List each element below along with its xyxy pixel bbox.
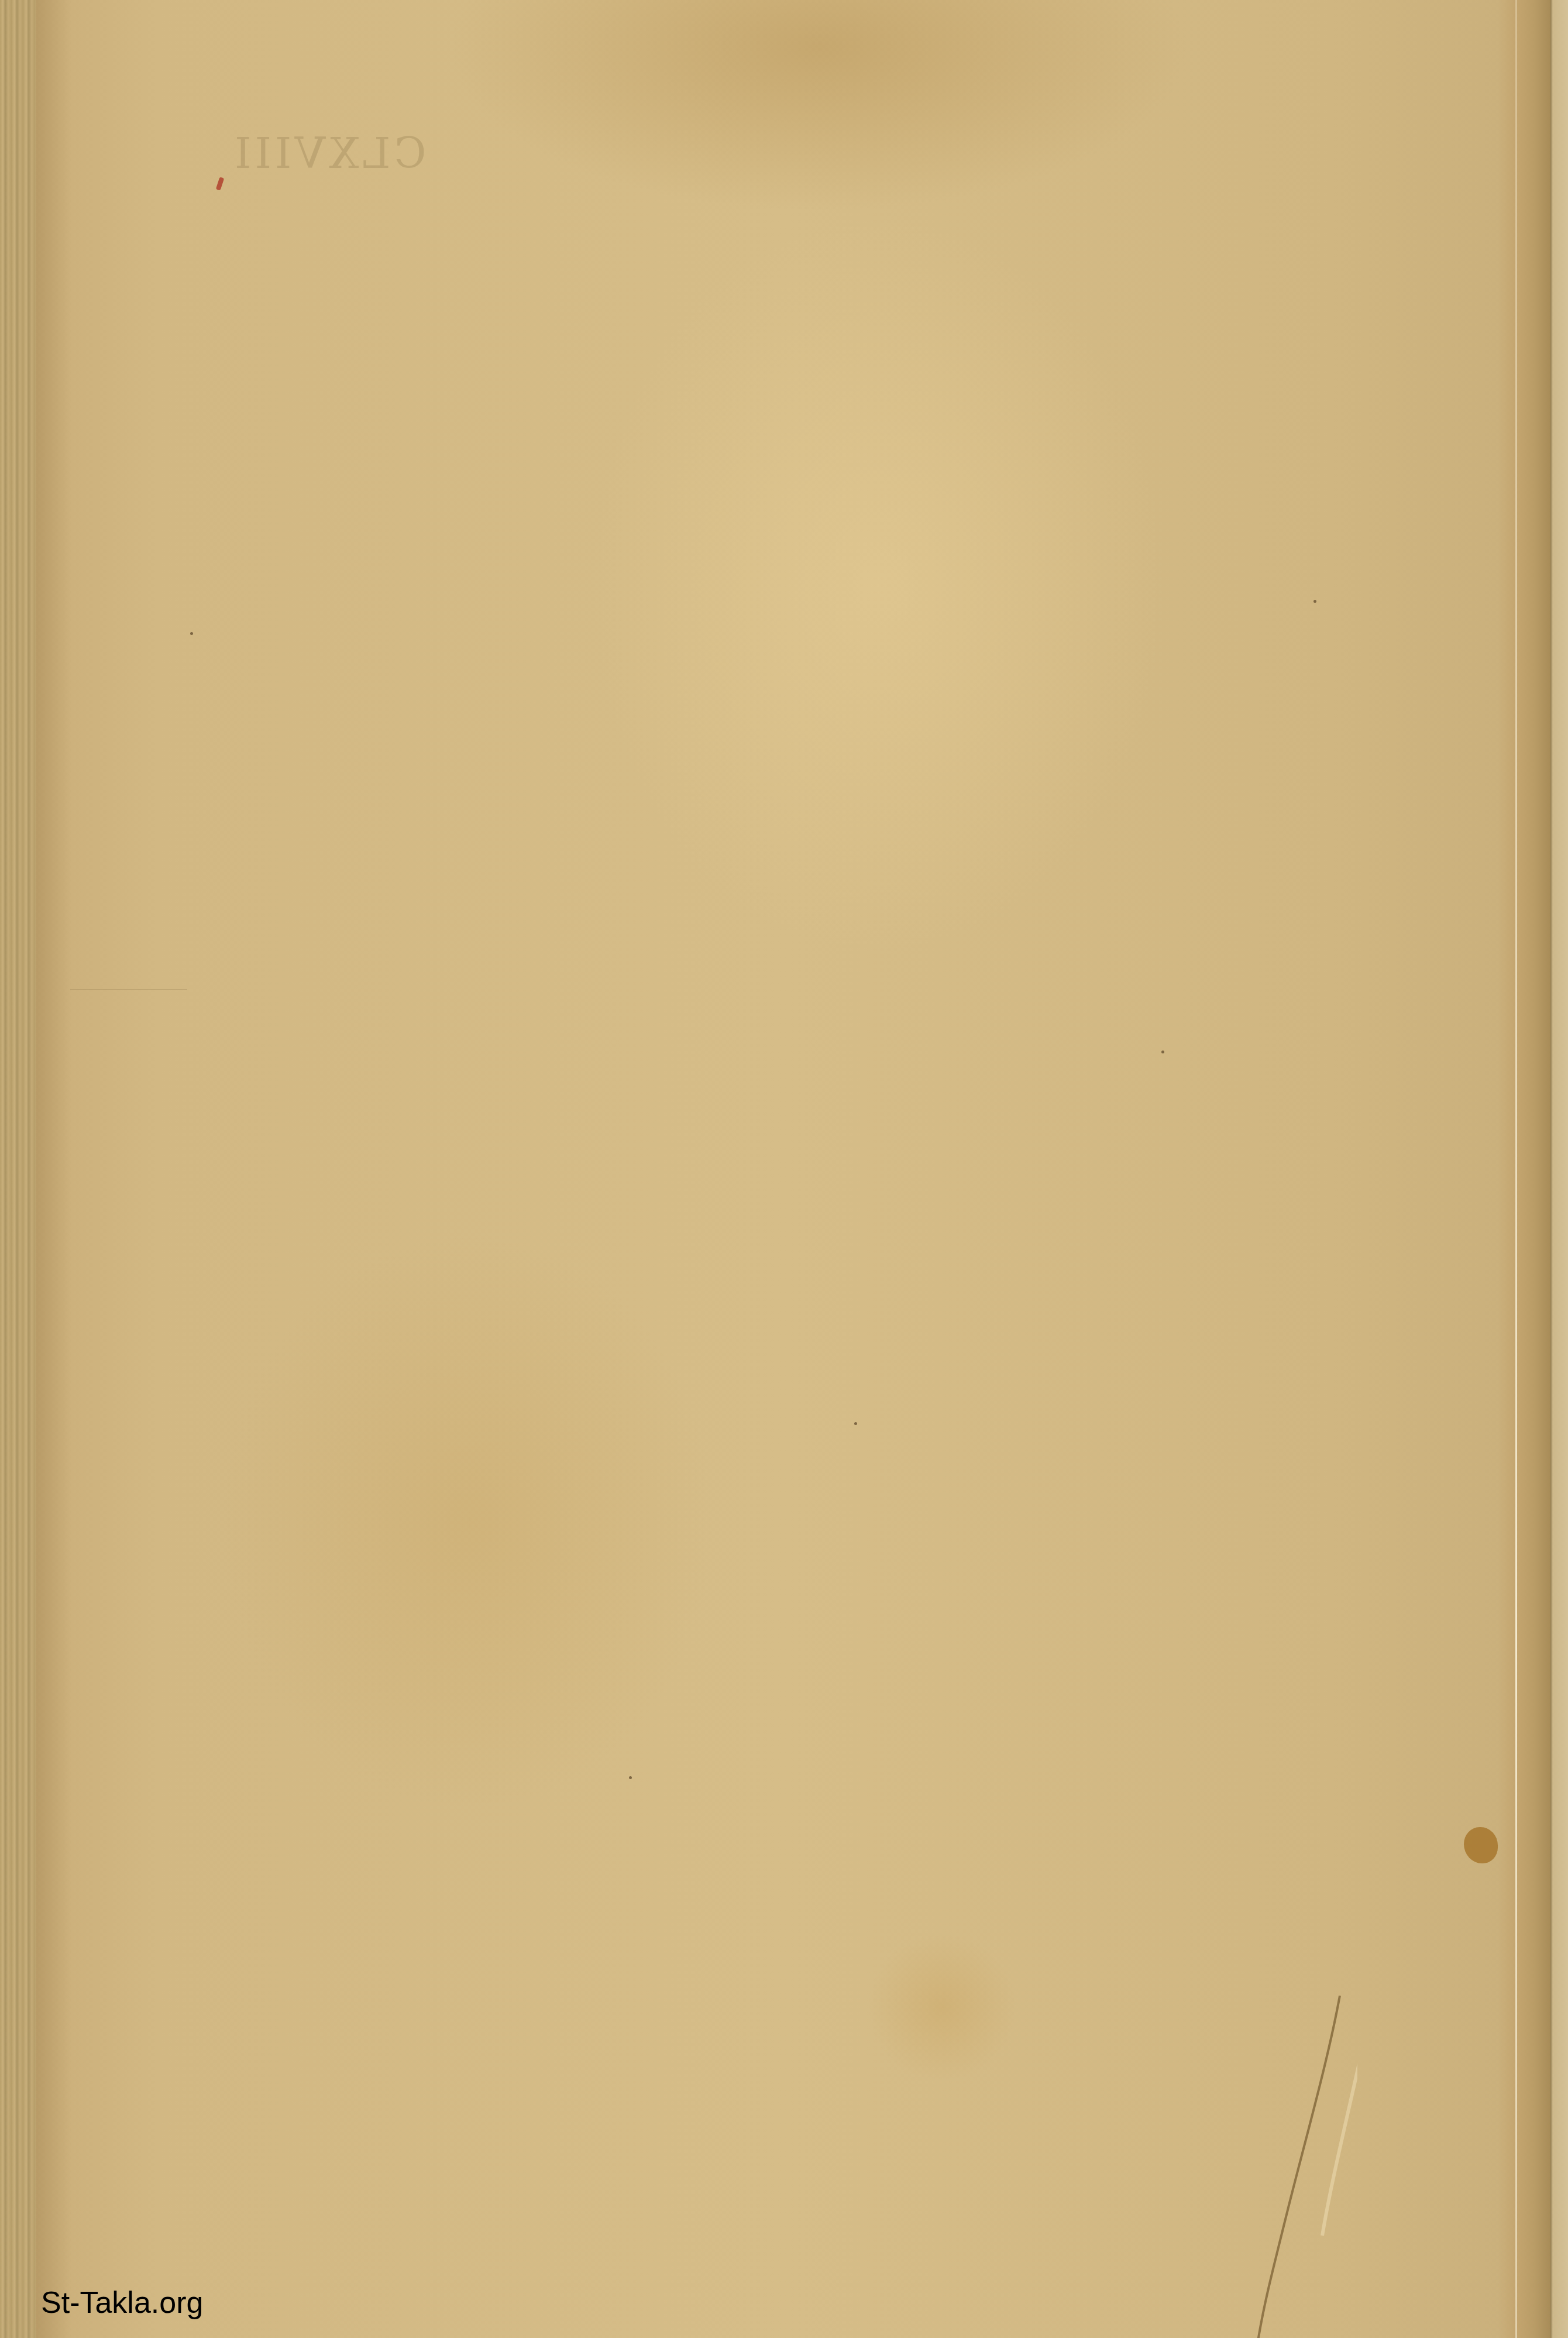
book-page: CLXVIII St-Takla.org	[0, 0, 1568, 2338]
paper-speck	[1313, 600, 1316, 603]
binding-gutter	[1498, 0, 1550, 2338]
paper-crease	[1240, 1990, 1357, 2338]
brown-stain	[1464, 1827, 1498, 1863]
paper-speck	[854, 1422, 857, 1425]
show-through-page-number: CLXVIII	[231, 129, 426, 178]
paper-speck	[629, 1776, 632, 1779]
watermark-text: St-Takla.org	[41, 2285, 203, 2320]
binding-strip	[1550, 0, 1568, 2338]
gutter-highlight	[1515, 0, 1517, 2338]
page-stack-edge	[0, 0, 36, 2338]
faint-fold-line	[70, 989, 187, 990]
left-edge-shadow	[36, 0, 71, 2338]
paper-speck	[1161, 1050, 1164, 1053]
red-ink-mark	[216, 177, 224, 190]
paper-speck	[190, 632, 193, 635]
